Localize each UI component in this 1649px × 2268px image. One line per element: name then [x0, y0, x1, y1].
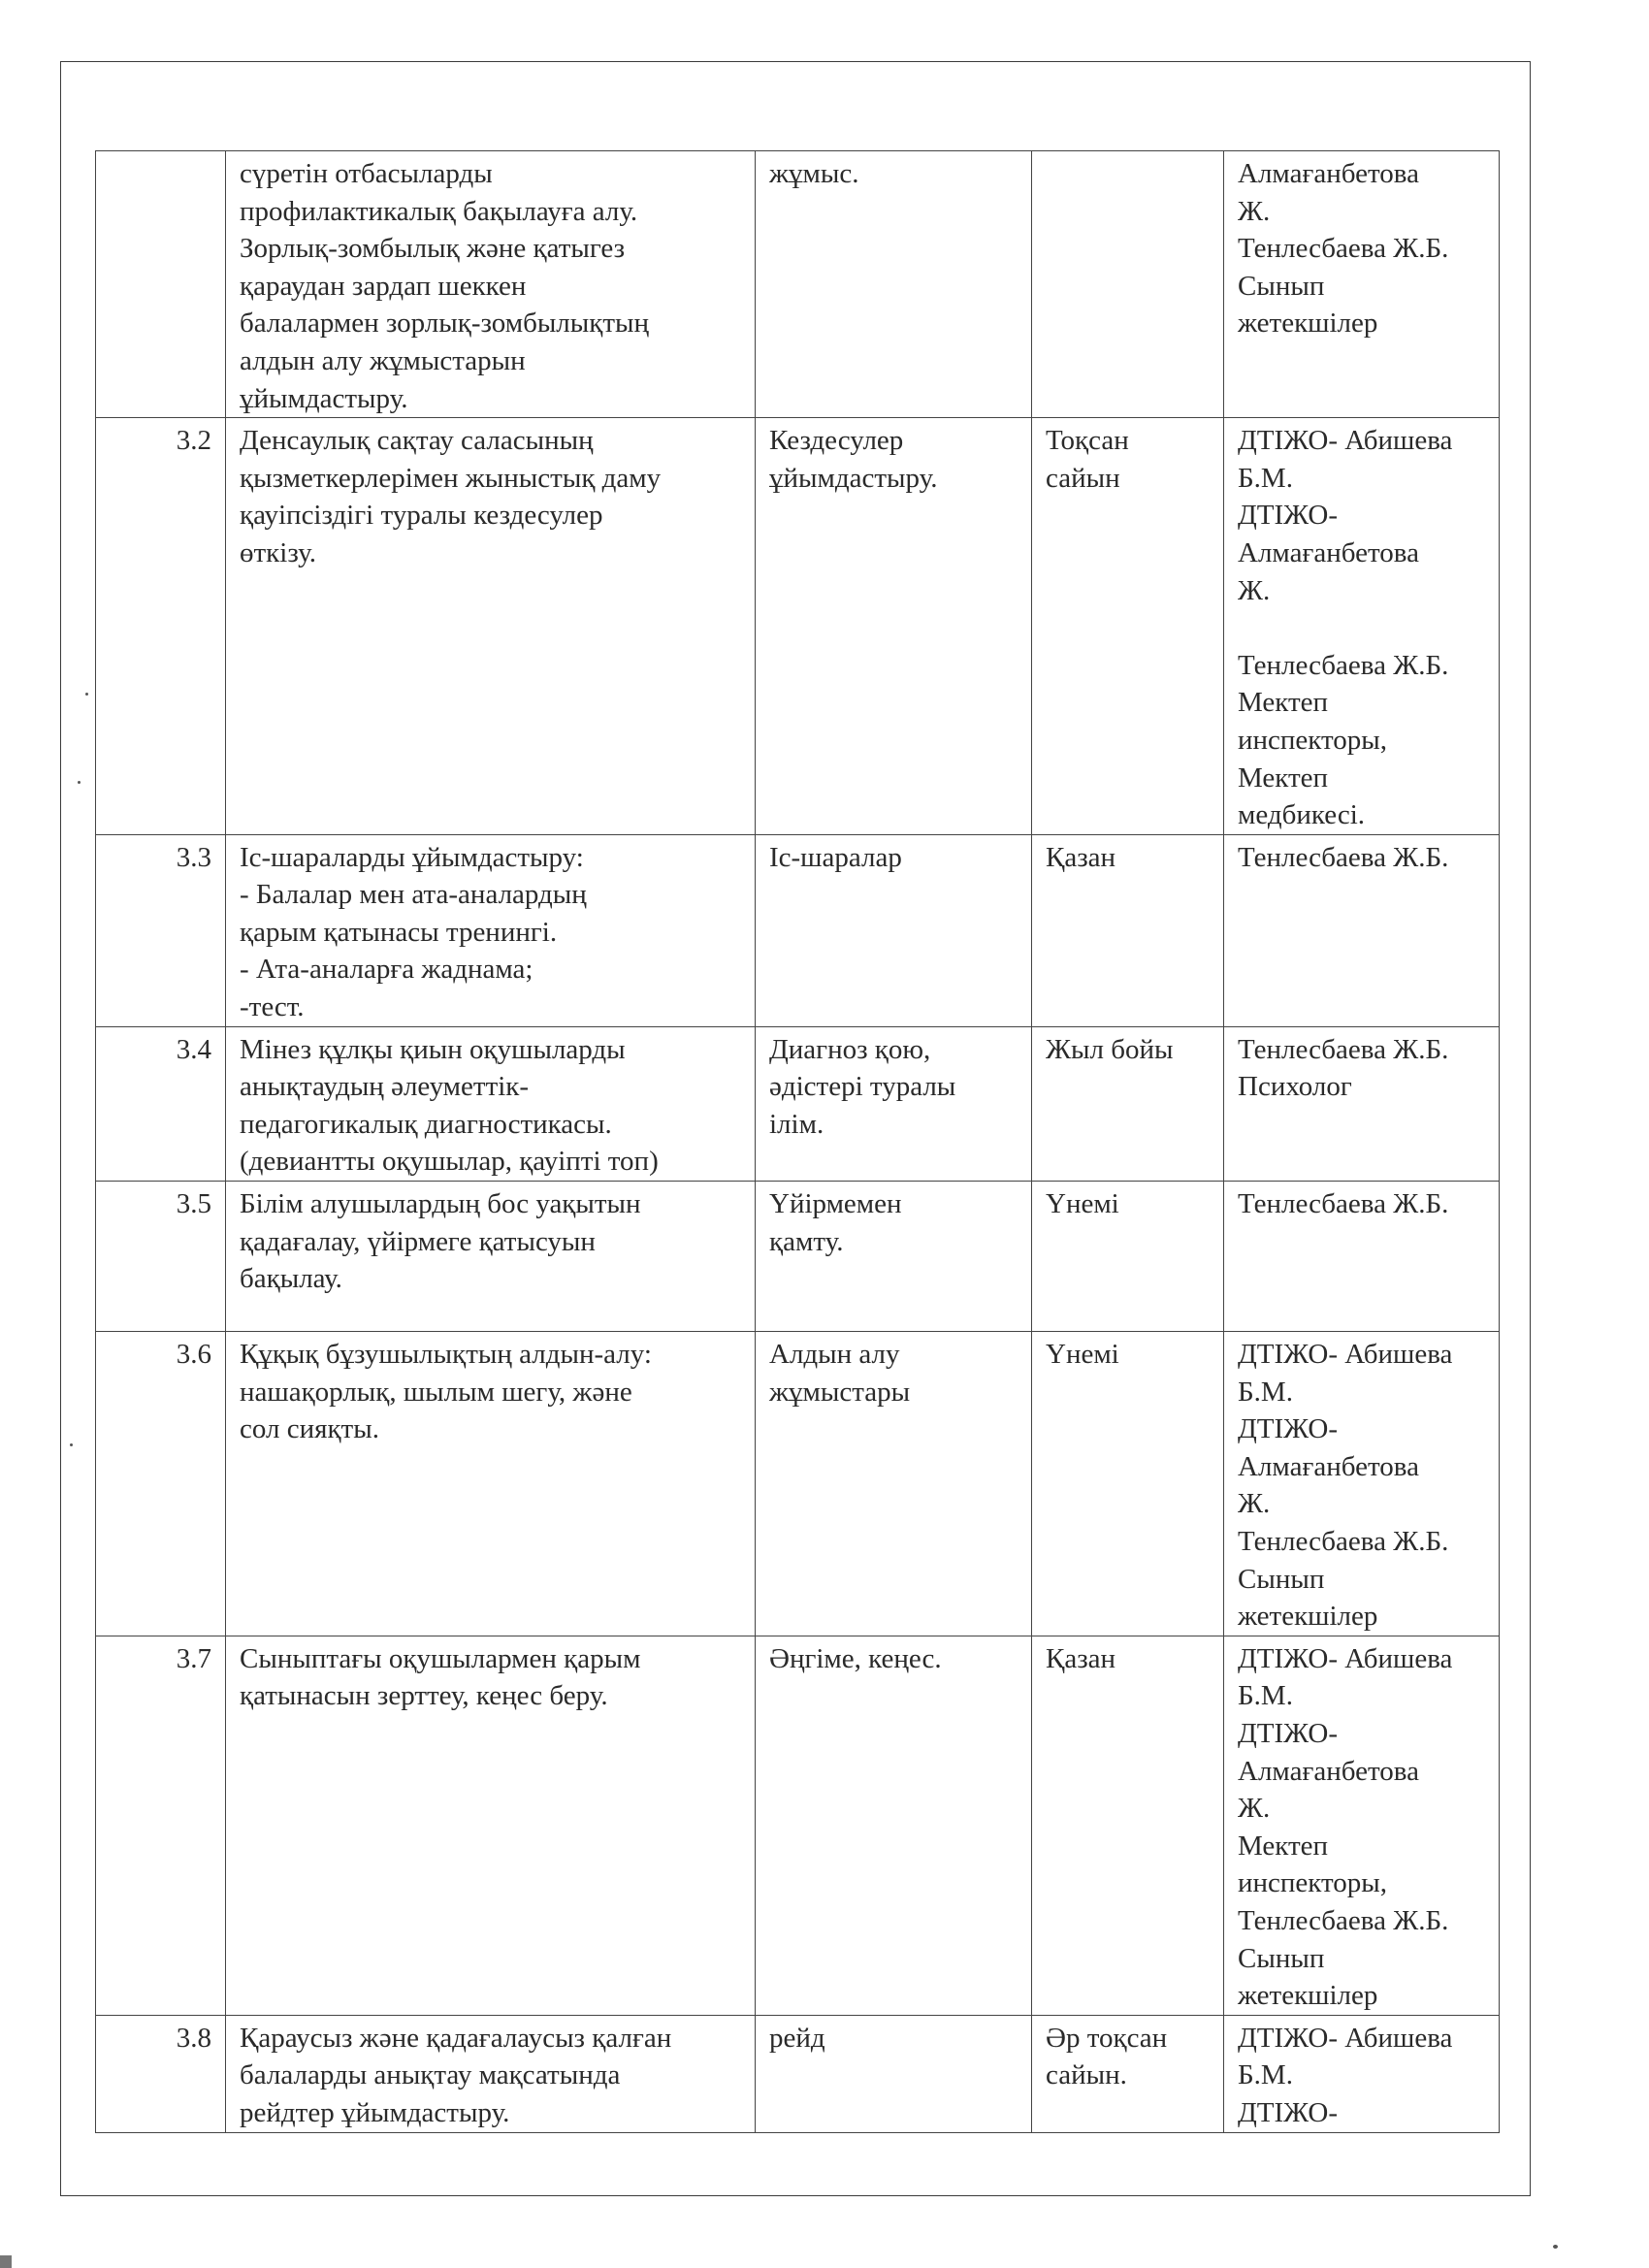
- cell-line: жетекшілер: [1238, 1598, 1485, 1636]
- cell-line: қараудан зардап шеккен: [240, 268, 741, 306]
- cell-line: ұйымдастыру.: [240, 380, 741, 418]
- cell-line: Іс-шаралар: [769, 839, 1018, 877]
- cell-term: Қазан: [1032, 1636, 1224, 2015]
- cell-responsible: Тенлесбаева Ж.Б.Психолог: [1224, 1026, 1500, 1181]
- cell-line: Әңгіме, кеңес.: [769, 1640, 1018, 1678]
- cell-line: қызметкерлерімен жыныстық даму: [240, 460, 741, 498]
- table-row: 3.4Мінез құлқы қиын оқушылардыанықтаудың…: [96, 1026, 1500, 1181]
- cell-line: [1238, 609, 1485, 647]
- cell-line: Үнемі: [1046, 1336, 1210, 1374]
- cell-line: ДТІЖО-: [1238, 1715, 1485, 1753]
- cell-line: сайын: [1046, 460, 1210, 498]
- cell-line: Мектеп: [1238, 760, 1485, 797]
- cell-term: Үнемі: [1032, 1332, 1224, 1636]
- table-row: сүретін отбасылардыпрофилактикалық бақыл…: [96, 151, 1500, 418]
- cell-line: Сыныптағы оқушылармен қарым: [240, 1640, 741, 1678]
- cell-form: Үйірмеменқамту.: [756, 1182, 1032, 1332]
- cell-number: 3.5: [96, 1182, 226, 1332]
- cell-activity: Мінез құлқы қиын оқушылардыанықтаудың әл…: [226, 1026, 756, 1181]
- cell-line: Қазан: [1046, 1640, 1210, 1678]
- cell-line: ДТІЖО- Абишева: [1238, 1336, 1485, 1374]
- scan-speck: [78, 781, 81, 784]
- cell-line: жетекшілер: [1238, 1977, 1485, 2015]
- cell-line: Мектеп: [1238, 1828, 1485, 1865]
- cell-responsible: Тенлесбаева Ж.Б.: [1224, 1182, 1500, 1332]
- cell-line: инспекторы,: [1238, 722, 1485, 760]
- cell-line: Диагноз қою,: [769, 1031, 1018, 1069]
- cell-line: ДТІЖО-: [1238, 2094, 1485, 2132]
- cell-term: Қазан: [1032, 834, 1224, 1026]
- cell-line: Б.М.: [1238, 460, 1485, 498]
- cell-line: Тенлесбаева Ж.Б.: [1238, 839, 1485, 877]
- cell-number: 3.6: [96, 1332, 226, 1636]
- cell-activity: Іс-шараларды ұйымдастыру:- Балалар мен а…: [226, 834, 756, 1026]
- cell-line: Алмағанбетова: [1238, 535, 1485, 572]
- cell-line: ДТІЖО- Абишева: [1238, 2020, 1485, 2057]
- cell-line: Ж.: [1238, 193, 1485, 231]
- cell-line: қатынасын зерттеу, кеңес беру.: [240, 1677, 741, 1715]
- cell-line: Мектеп: [1238, 684, 1485, 722]
- cell-line: Алдын алу: [769, 1336, 1018, 1374]
- cell-number: 3.2: [96, 418, 226, 835]
- cell-line: Тенлесбаева Ж.Б.: [1238, 1902, 1485, 1940]
- plan-table-body: сүретін отбасылардыпрофилактикалық бақыл…: [96, 151, 1500, 2133]
- cell-line: Мінез құлқы қиын оқушыларды: [240, 1031, 741, 1069]
- cell-term: Үнемі: [1032, 1182, 1224, 1332]
- cell-responsible: ДТІЖО- АбишеваБ.М.ДТІЖО-АлмағанбетоваЖ.Т…: [1224, 1332, 1500, 1636]
- cell-activity: Қараусыз және қадағалаусыз қалғанбалалар…: [226, 2015, 756, 2132]
- row-number: 3.3: [177, 842, 211, 873]
- cell-line: анықтаудың әлеуметтік-: [240, 1068, 741, 1106]
- cell-line: педагогикалық диагностикасы.: [240, 1106, 741, 1144]
- table-row: 3.3Іс-шараларды ұйымдастыру:- Балалар ме…: [96, 834, 1500, 1026]
- cell-line: профилактикалық бақылауға алу.: [240, 193, 741, 231]
- cell-responsible: ДТІЖО- АбишеваБ.М.ДТІЖО-: [1224, 2015, 1500, 2132]
- cell-line: рейдтер ұйымдастыру.: [240, 2094, 741, 2132]
- row-number: 3.5: [177, 1188, 211, 1219]
- cell-activity: Денсаулық сақтау саласыныңқызметкерлерім…: [226, 418, 756, 835]
- scan-speck: [1553, 2245, 1558, 2249]
- cell-line: өткізу.: [240, 535, 741, 572]
- cell-line: ДТІЖО- Абишева: [1238, 1640, 1485, 1678]
- cell-line: Алмағанбетова: [1238, 1753, 1485, 1791]
- cell-form: жұмыс.: [756, 151, 1032, 418]
- cell-line: Алмағанбетова: [1238, 155, 1485, 193]
- cell-line: ДТІЖО- Абишева: [1238, 422, 1485, 460]
- cell-line: Іс-шараларды ұйымдастыру:: [240, 839, 741, 877]
- cell-responsible: Тенлесбаева Ж.Б.: [1224, 834, 1500, 1026]
- cell-line: қамту.: [769, 1223, 1018, 1261]
- cell-line: нашақорлық, шылым шегу, және: [240, 1374, 741, 1411]
- scan-edge-mark: [0, 2255, 12, 2268]
- cell-line: Сынып: [1238, 268, 1485, 306]
- table-row: 3.5Білім алушылардың бос уақытынқадағала…: [96, 1182, 1500, 1332]
- cell-term: Жыл бойы: [1032, 1026, 1224, 1181]
- cell-line: рейд: [769, 2020, 1018, 2057]
- cell-form: Кездесулерұйымдастыру.: [756, 418, 1032, 835]
- cell-form: Әңгіме, кеңес.: [756, 1636, 1032, 2015]
- cell-line: Ж.: [1238, 1790, 1485, 1828]
- cell-line: Кездесулер: [769, 422, 1018, 460]
- cell-line: Жыл бойы: [1046, 1031, 1210, 1069]
- cell-line: сүретін отбасыларды: [240, 155, 741, 193]
- cell-activity: Сыныптағы оқушылармен қарымқатынасын зер…: [226, 1636, 756, 2015]
- scan-speck: [70, 1443, 73, 1446]
- cell-line: Әр тоқсан: [1046, 2020, 1210, 2057]
- cell-line: сайын.: [1046, 2057, 1210, 2094]
- cell-responsible: ДТІЖО- АбишеваБ.М.ДТІЖО-АлмағанбетоваЖ.Т…: [1224, 418, 1500, 835]
- cell-form: Диагноз қою,әдістері туралыілім.: [756, 1026, 1032, 1181]
- cell-line: қауіпсіздігі туралы кездесулер: [240, 497, 741, 535]
- row-number: 3.8: [177, 2023, 211, 2054]
- cell-number: 3.3: [96, 834, 226, 1026]
- cell-line: Тенлесбаева Ж.Б.: [1238, 1185, 1485, 1223]
- cell-line: жұмыстары: [769, 1374, 1018, 1411]
- cell-line: Денсаулық сақтау саласының: [240, 422, 741, 460]
- cell-line: Үнемі: [1046, 1185, 1210, 1223]
- cell-line: алдын алу жұмыстарын: [240, 342, 741, 380]
- row-number: 3.4: [177, 1034, 211, 1065]
- cell-line: Білім алушылардың бос уақытын: [240, 1185, 741, 1223]
- cell-line: Үйірмемен: [769, 1185, 1018, 1223]
- cell-activity: Құқық бұзушылықтың алдын-алу:нашақорлық,…: [226, 1332, 756, 1636]
- cell-line: Тенлесбаева Ж.Б.: [1238, 1523, 1485, 1561]
- cell-line: әдістері туралы: [769, 1068, 1018, 1106]
- cell-number: 3.4: [96, 1026, 226, 1181]
- cell-number: [96, 151, 226, 418]
- cell-line: инспекторы,: [1238, 1864, 1485, 1902]
- table-row: 3.8Қараусыз және қадағалаусыз қалғанбала…: [96, 2015, 1500, 2132]
- cell-line: балаларды анықтау мақсатында: [240, 2057, 741, 2094]
- cell-line: Сынып: [1238, 1940, 1485, 1978]
- cell-responsible: АлмағанбетоваЖ.Тенлесбаева Ж.Б.Сыныпжете…: [1224, 151, 1500, 418]
- cell-line: ДТІЖО-: [1238, 497, 1485, 535]
- cell-line: балалармен зорлық-зомбылықтың: [240, 305, 741, 342]
- cell-term: Әр тоқсансайын.: [1032, 2015, 1224, 2132]
- row-number: 3.7: [177, 1643, 211, 1674]
- cell-line: медбикесі.: [1238, 796, 1485, 834]
- cell-line: -тест.: [240, 988, 741, 1026]
- cell-line: ілім.: [769, 1106, 1018, 1144]
- cell-number: 3.8: [96, 2015, 226, 2132]
- cell-line: Б.М.: [1238, 2057, 1485, 2094]
- cell-line: ұйымдастыру.: [769, 460, 1018, 498]
- cell-form: рейд: [756, 2015, 1032, 2132]
- cell-line: қарым қатынасы тренингі.: [240, 914, 741, 952]
- cell-line: Қазан: [1046, 839, 1210, 877]
- plan-table: сүретін отбасылардыпрофилактикалық бақыл…: [95, 150, 1500, 2133]
- row-number: 3.6: [177, 1339, 211, 1370]
- cell-line: Психолог: [1238, 1068, 1485, 1106]
- cell-line: Тенлесбаева Ж.Б.: [1238, 230, 1485, 268]
- cell-activity: Білім алушылардың бос уақытынқадағалау, …: [226, 1182, 756, 1332]
- cell-number: 3.7: [96, 1636, 226, 2015]
- cell-line: сол сияқты.: [240, 1410, 741, 1448]
- table-row: 3.7Сыныптағы оқушылармен қарымқатынасын …: [96, 1636, 1500, 2015]
- table-row: 3.2Денсаулық сақтау саласыныңқызметкерле…: [96, 418, 1500, 835]
- cell-line: Тенлесбаева Ж.Б.: [1238, 647, 1485, 685]
- cell-line: Тенлесбаева Ж.Б.: [1238, 1031, 1485, 1069]
- scan-speck: [85, 693, 88, 696]
- cell-line: Қараусыз және қадағалаусыз қалған: [240, 2020, 741, 2057]
- table-row: 3.6Құқық бұзушылықтың алдын-алу:нашақорл…: [96, 1332, 1500, 1636]
- cell-line: Сынып: [1238, 1561, 1485, 1599]
- cell-line: жетекшілер: [1238, 305, 1485, 342]
- row-number: 3.2: [177, 425, 211, 456]
- cell-line: Ж.: [1238, 1485, 1485, 1523]
- cell-line: Б.М.: [1238, 1374, 1485, 1411]
- cell-line: Тоқсан: [1046, 422, 1210, 460]
- cell-line: Зорлық-зомбылық және қатыгез: [240, 230, 741, 268]
- cell-line: Құқық бұзушылықтың алдын-алу:: [240, 1336, 741, 1374]
- cell-line: - Ата-аналарға жаднама;: [240, 951, 741, 988]
- cell-line: (девиантты оқушылар, қауіпті топ): [240, 1143, 741, 1181]
- cell-form: Іс-шаралар: [756, 834, 1032, 1026]
- cell-line: жұмыс.: [769, 155, 1018, 193]
- cell-line: қадағалау, үйірмеге қатысуын: [240, 1223, 741, 1261]
- cell-activity: сүретін отбасылардыпрофилактикалық бақыл…: [226, 151, 756, 418]
- cell-line: - Балалар мен ата-аналардың: [240, 876, 741, 914]
- cell-line: Алмағанбетова: [1238, 1448, 1485, 1486]
- cell-line: ДТІЖО-: [1238, 1410, 1485, 1448]
- cell-line: Б.М.: [1238, 1677, 1485, 1715]
- cell-form: Алдын алужұмыстары: [756, 1332, 1032, 1636]
- cell-term: [1032, 151, 1224, 418]
- cell-line: бақылау.: [240, 1260, 741, 1298]
- cell-term: Тоқсансайын: [1032, 418, 1224, 835]
- cell-responsible: ДТІЖО- АбишеваБ.М.ДТІЖО-АлмағанбетоваЖ.М…: [1224, 1636, 1500, 2015]
- cell-line: Ж.: [1238, 572, 1485, 610]
